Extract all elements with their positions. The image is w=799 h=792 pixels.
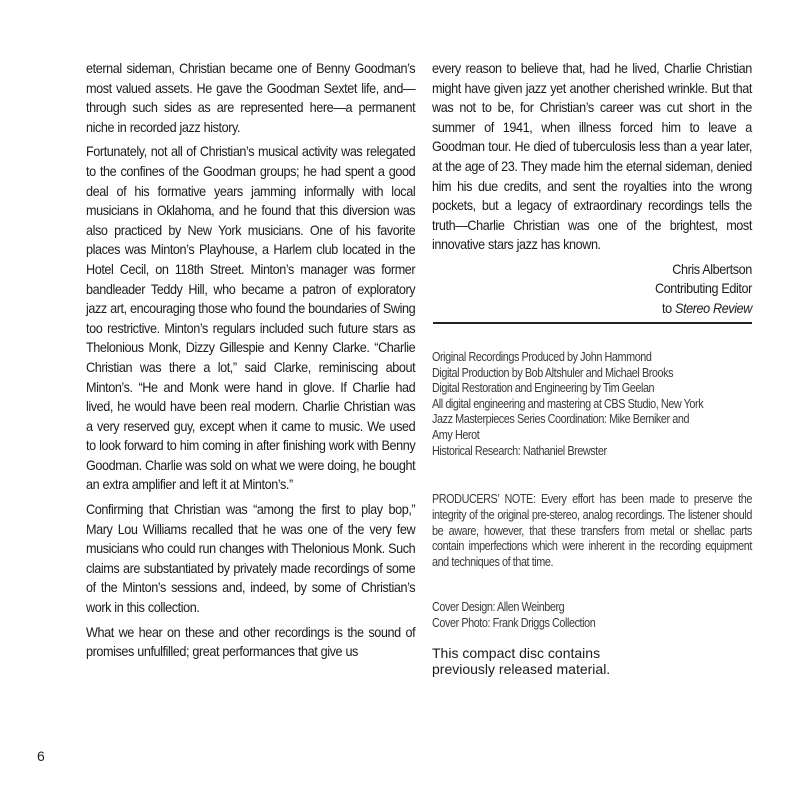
- publication-name: Stereo Review: [675, 301, 752, 316]
- page-number: 6: [37, 748, 45, 764]
- credit-line: Jazz Masterpieces Series Coordination: M…: [432, 412, 750, 428]
- author-title: Contributing Editor: [432, 279, 752, 298]
- section-divider: [433, 322, 752, 324]
- credit-line: Original Recordings Produced by John Ham…: [432, 350, 750, 366]
- cover-credits: Cover Design: Allen Weinberg Cover Photo…: [432, 600, 690, 631]
- paragraph: eternal sideman, Christian became one of…: [86, 59, 415, 137]
- paragraph: What we hear on these and other recordin…: [86, 623, 415, 662]
- production-credits: Original Recordings Produced by John Ham…: [432, 350, 750, 459]
- paragraph: Fortunately, not all of Christian’s musi…: [86, 142, 415, 495]
- cover-design-credit: Cover Design: Allen Weinberg: [432, 600, 690, 616]
- author-name: Chris Albertson: [432, 260, 752, 279]
- credit-line: All digital engineering and mastering at…: [432, 397, 750, 413]
- credit-line: Historical Research: Nathaniel Brewster: [432, 444, 750, 460]
- release-disclaimer: This compact disc contains previously re…: [432, 645, 692, 677]
- credit-line: Digital Restoration and Engineering by T…: [432, 381, 750, 397]
- essay-right-column: every reason to believe that, had he liv…: [432, 59, 752, 318]
- credit-line: Digital Production by Bob Altshuler and …: [432, 366, 750, 382]
- paragraph: Confirming that Christian was “among the…: [86, 500, 415, 618]
- paragraph: every reason to believe that, had he liv…: [432, 59, 752, 255]
- disclaimer-line: previously released material.: [432, 661, 692, 677]
- producers-note: PRODUCERS’ NOTE: Every effort has been m…: [432, 492, 752, 571]
- cover-photo-credit: Cover Photo: Frank Driggs Collection: [432, 616, 690, 632]
- disclaimer-line: This compact disc contains: [432, 645, 692, 661]
- author-affiliation: to Stereo Review: [432, 299, 752, 318]
- credit-line: Amy Herot: [432, 428, 750, 444]
- essay-left-column: eternal sideman, Christian became one of…: [86, 59, 415, 667]
- author-signature: Chris Albertson Contributing Editor to S…: [432, 260, 752, 318]
